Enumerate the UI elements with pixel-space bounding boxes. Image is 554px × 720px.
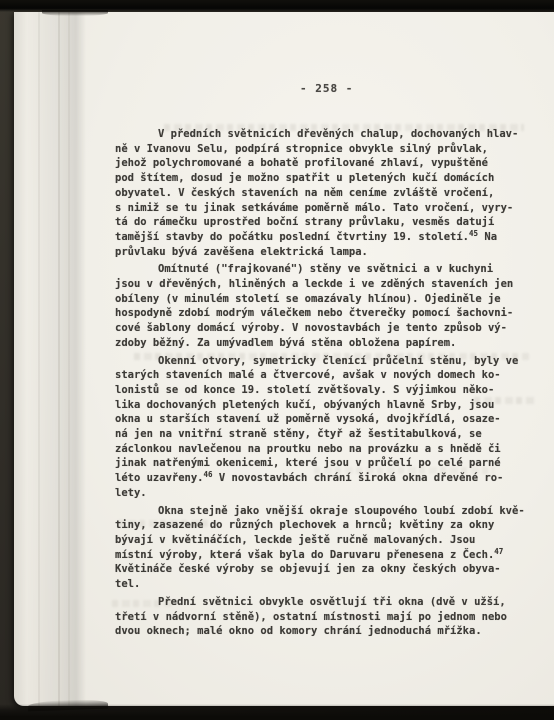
text-block: V předních světnicích dřevěných chalup, … — [115, 127, 535, 642]
scanned-book-photo: - 258 - V předních světnicích dřevěných … — [0, 0, 554, 720]
book-page: - 258 - V předních světnicích dřevěných … — [14, 12, 554, 706]
paragraph: V předních světnicích dřevěných chalup, … — [115, 127, 535, 259]
paragraph: Okna stejně jako vnější okraje sloupovéh… — [115, 504, 535, 592]
book-page-edges — [14, 12, 86, 706]
paragraph: Omítnuté ("frajkované") stěny ve světnic… — [115, 262, 535, 350]
page-corner-shadow-top — [42, 10, 108, 16]
paragraph: Okenní otvory, symetricky členící průčel… — [115, 354, 535, 501]
page-number: - 258 - — [300, 82, 353, 95]
paragraph: Přední světnici obvykle osvětlují tři ok… — [115, 595, 535, 639]
